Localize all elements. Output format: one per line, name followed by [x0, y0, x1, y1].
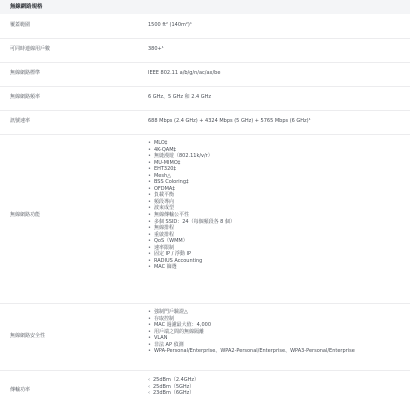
spec-label: 訊號速率 — [10, 118, 30, 125]
spec-label: 覆蓋範圍 — [10, 22, 30, 29]
list-item: 25dBm（2.4GHz） — [148, 377, 199, 384]
spec-label: 可同時連線用戶數 — [10, 46, 50, 53]
spec-row-transmit-power: 傳輸功率 25dBm（2.4GHz） 25dBm（5GHz） 23dBm（6GH… — [0, 371, 410, 410]
spec-label: 傳輸功率 — [10, 387, 30, 394]
spec-label: 無線網路功能 — [10, 212, 40, 219]
spec-row-coverage: 覆蓋範圍 1500 ft² (140m²)¹ — [0, 14, 410, 39]
spec-label: 無線網路頻率 — [10, 94, 40, 101]
spec-row-concurrent-clients: 可同時連線用戶數 380+¹ — [0, 39, 410, 63]
spec-value: 1500 ft² (140m²)¹ — [148, 22, 192, 29]
spec-value: 6 GHz、5 GHz 和 2.4 GHz — [148, 94, 211, 101]
spec-value: 688 Mbps (2.4 GHz) + 4324 Mbps (5 GHz) +… — [148, 118, 311, 125]
spec-row-frequency: 無線網路頻率 6 GHz、5 GHz 和 2.4 GHz — [0, 87, 410, 111]
spec-label: 無線網路標準 — [10, 70, 40, 77]
power-list: 25dBm（2.4GHz） 25dBm（5GHz） 23dBm（6GHz） — [148, 377, 199, 397]
section-title: 無線網路規格 — [0, 0, 410, 14]
spec-label: 無線網路安全性 — [10, 333, 45, 340]
spec-row-wireless-security: 無線網路安全性 強制門戶驗證△ 存取控制 MAC 過濾最大值：4,000 用戶端… — [0, 304, 410, 371]
feature-list: MLO‡ 4K-QAM‡ 無縫漫遊（802.11k/v/r） MU-MIMO‡ … — [148, 140, 235, 271]
list-item: 23dBm（6GHz） — [148, 390, 199, 397]
spec-value: 380+¹ — [148, 46, 164, 53]
spec-row-wireless-standard: 無線網路標準 IEEE 802.11 a/b/g/n/ac/ax/be — [0, 63, 410, 87]
spec-row-wireless-features: 無線網路功能 MLO‡ 4K-QAM‡ 無縫漫遊（802.11k/v/r） MU… — [0, 135, 410, 304]
list-item: MAC 篩選 — [148, 264, 235, 271]
list-item: WPA-Personal/Enterprise、WPA2-Personal/En… — [148, 348, 355, 355]
spec-value: IEEE 802.11 a/b/g/n/ac/ax/be — [148, 70, 220, 77]
security-list: 強制門戶驗證△ 存取控制 MAC 過濾最大值：4,000 用戶端之間的無線隔離 … — [148, 309, 355, 355]
spec-row-signal-rate: 訊號速率 688 Mbps (2.4 GHz) + 4324 Mbps (5 G… — [0, 111, 410, 135]
wireless-spec-table: 無線網路規格 覆蓋範圍 1500 ft² (140m²)¹ 可同時連線用戶數 3… — [0, 0, 410, 14]
